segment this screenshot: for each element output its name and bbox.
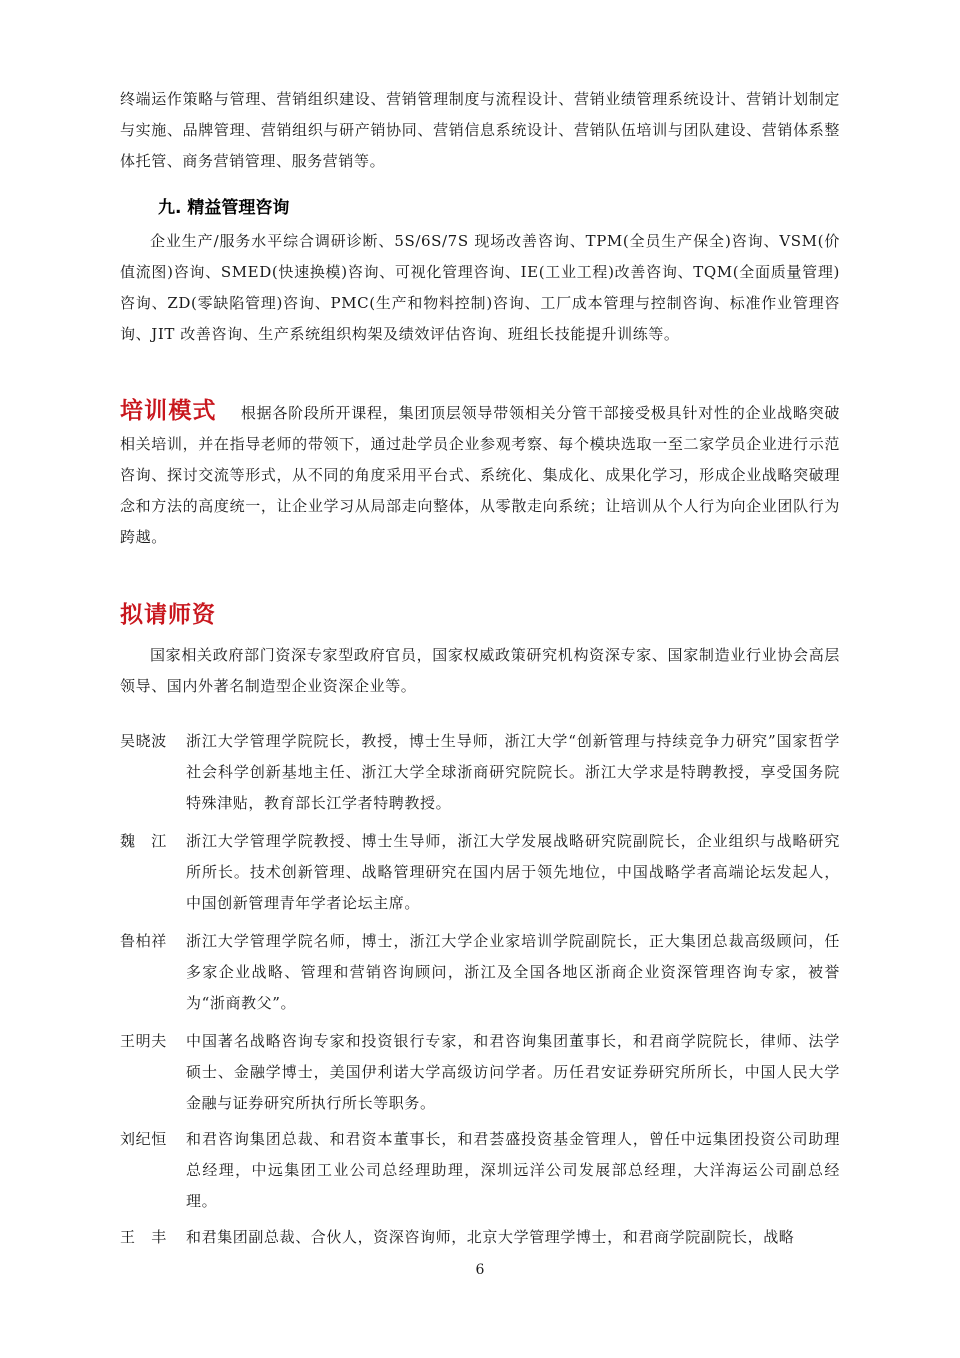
faculty-name: 王明夫: [120, 1026, 184, 1057]
faculty-entry: 刘纪恒 和君咨询集团总裁、和君资本董事长，和君荟盛投资基金管理人，曾任中远集团投…: [120, 1124, 840, 1217]
faculty-name: 刘纪恒: [120, 1124, 184, 1155]
training-mode-section: 培训模式根据各阶段所开课程，集团顶层领导带领相关分管干部接受极具针对性的企业战略…: [120, 396, 840, 553]
faculty-bio: 和君集团副总裁、合伙人，资深咨询师，北京大学管理学博士，和君商学院副院长，战略: [186, 1222, 840, 1253]
faculty-bio: 浙江大学管理学院院长，教授，博士生导师，浙江大学“创新管理与持续竞争力研究”国家…: [186, 726, 840, 819]
faculty-name: 王 丰: [120, 1222, 184, 1253]
faculty-heading: 拟请师资: [120, 596, 216, 629]
faculty-name: 吴晓波: [120, 726, 184, 757]
lean-consulting-paragraph: 企业生产/服务水平综合调研诊断、5S/6S/7S 现场改善咨询、TPM(全员生产…: [120, 226, 840, 350]
faculty-entry: 王明夫 中国著名战略咨询专家和投资银行专家，和君咨询集团董事长，和君商学院院长，…: [120, 1026, 840, 1119]
faculty-entry: 王 丰 和君集团副总裁、合伙人，资深咨询师，北京大学管理学博士，和君商学院副院长…: [120, 1222, 840, 1253]
faculty-entry: 魏 江 浙江大学管理学院教授、博士生导师，浙江大学发展战略研究院副院长，企业组织…: [120, 826, 840, 919]
faculty-bio: 浙江大学管理学院名师，博士，浙江大学企业家培训学院副院长，正大集团总裁高级顾问，…: [186, 926, 840, 1019]
marketing-services-paragraph: 终端运作策略与管理、营销组织建设、营销管理制度与流程设计、营销业绩管理系统设计、…: [120, 84, 840, 177]
document-page: 终端运作策略与管理、营销组织建设、营销管理制度与流程设计、营销业绩管理系统设计、…: [0, 0, 960, 1358]
faculty-bio: 浙江大学管理学院教授、博士生导师，浙江大学发展战略研究院副院长，企业组织与战略研…: [186, 826, 840, 919]
faculty-bio: 和君咨询集团总裁、和君资本董事长，和君荟盛投资基金管理人，曾任中远集团投资公司助…: [186, 1124, 840, 1217]
training-mode-heading: 培训模式: [120, 398, 217, 424]
faculty-name: 鲁柏祥: [120, 926, 184, 957]
faculty-intro-paragraph: 国家相关政府部门资深专家型政府官员，国家权威政策研究机构资深专家、国家制造业行业…: [120, 640, 840, 702]
training-mode-paragraph: 根据各阶段所开课程，集团顶层领导带领相关分管干部接受极具针对性的企业战略突破相关…: [120, 404, 840, 546]
faculty-entry: 鲁柏祥 浙江大学管理学院名师，博士，浙江大学企业家培训学院副院长，正大集团总裁高…: [120, 926, 840, 1019]
faculty-entry: 吴晓波 浙江大学管理学院院长，教授，博士生导师，浙江大学“创新管理与持续竞争力研…: [120, 726, 840, 819]
lean-consulting-heading: 九. 精益管理咨询: [158, 193, 289, 218]
faculty-name: 魏 江: [120, 826, 184, 857]
page-number: 6: [0, 1262, 960, 1278]
faculty-bio: 中国著名战略咨询专家和投资银行专家，和君咨询集团董事长，和君商学院院长，律师、法…: [186, 1026, 840, 1119]
